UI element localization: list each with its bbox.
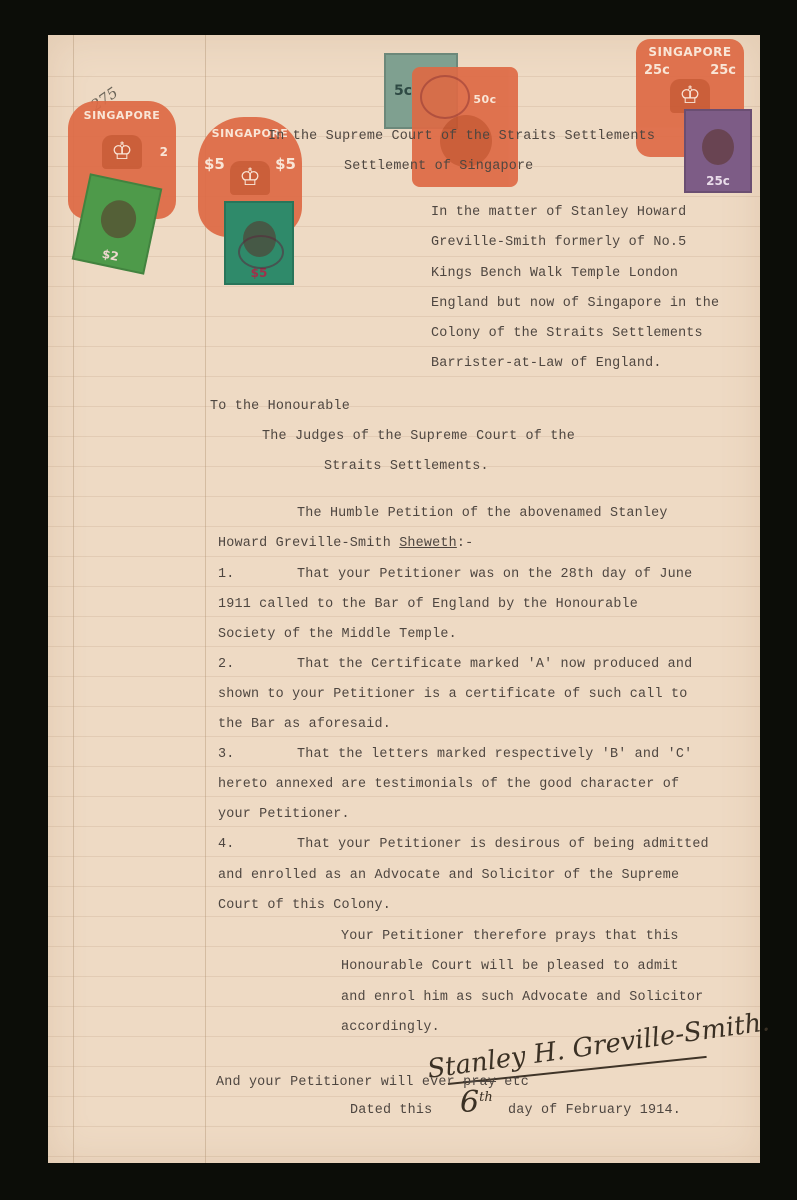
petition-document: 275 SINGAPORE 2 $2 SINGAPORE $5 $5 $5 5c… xyxy=(48,35,760,1163)
handwritten-signature: Stanley H. Greville-Smith. xyxy=(426,1007,772,1085)
cancellation-mark xyxy=(420,75,470,119)
court-heading: In the Supreme Court of the Straits Sett… xyxy=(268,129,655,144)
sheweth-underlined: Sheweth xyxy=(399,536,457,551)
cancellation-mark xyxy=(238,235,284,269)
adhesive-stamp-25-cents-revenue: 25c xyxy=(684,109,752,193)
handwritten-day: 6th xyxy=(460,1085,493,1120)
settlement-heading: Settlement of Singapore xyxy=(344,159,533,174)
